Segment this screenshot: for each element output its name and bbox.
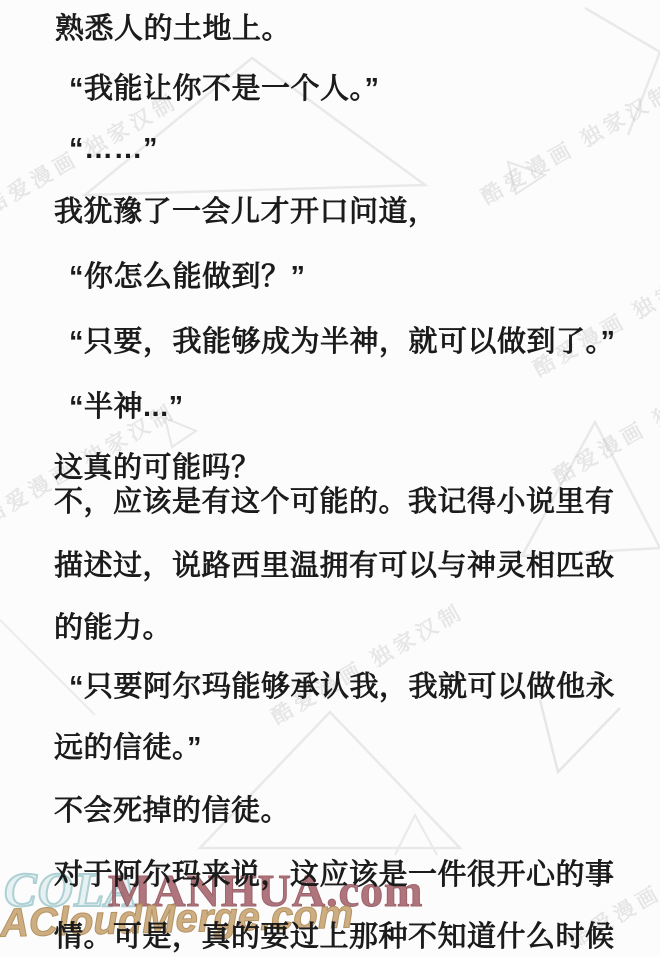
text-line: 熟悉人的土地上。: [55, 13, 291, 45]
text-line: “我能让你不是一个人。”: [69, 73, 380, 105]
text-line: “半神...”: [69, 391, 184, 423]
text-line: 不，应该是有这个可能的。我记得小说里有: [54, 486, 615, 518]
text-line: 不会死掉的信徒。: [54, 795, 290, 827]
text-line: 对于阿尔玛来说，这应该是一件很开心的事: [54, 859, 615, 891]
text-line: 情。可是，真的要过上那种不知道什么时候: [54, 921, 615, 953]
text-line: 描述过，说路西里温拥有可以与神灵相匹敌: [54, 550, 615, 582]
text-line: “……”: [69, 133, 158, 165]
text-line: 远的信徒。”: [54, 732, 202, 764]
text-line: “只要阿尔玛能够承认我，我就可以做他永: [69, 671, 615, 703]
text-line: 我犹豫了一会儿才开口问道，: [54, 196, 438, 228]
text-line: 的能力。: [54, 612, 172, 644]
watermark-fold-line: [540, 700, 620, 772]
manga-text-page: 酷爱漫画 独家汉制 酷爱漫画 独家汉制 酷爱漫画 独家汉制 酷爱漫画 独家汉制 …: [0, 0, 660, 957]
text-line: 这真的可能吗？: [54, 452, 261, 484]
text-line: “只要，我能够成为半神，就可以做到了。”: [69, 326, 616, 358]
text-line: “你怎么能做到？”: [69, 261, 306, 293]
